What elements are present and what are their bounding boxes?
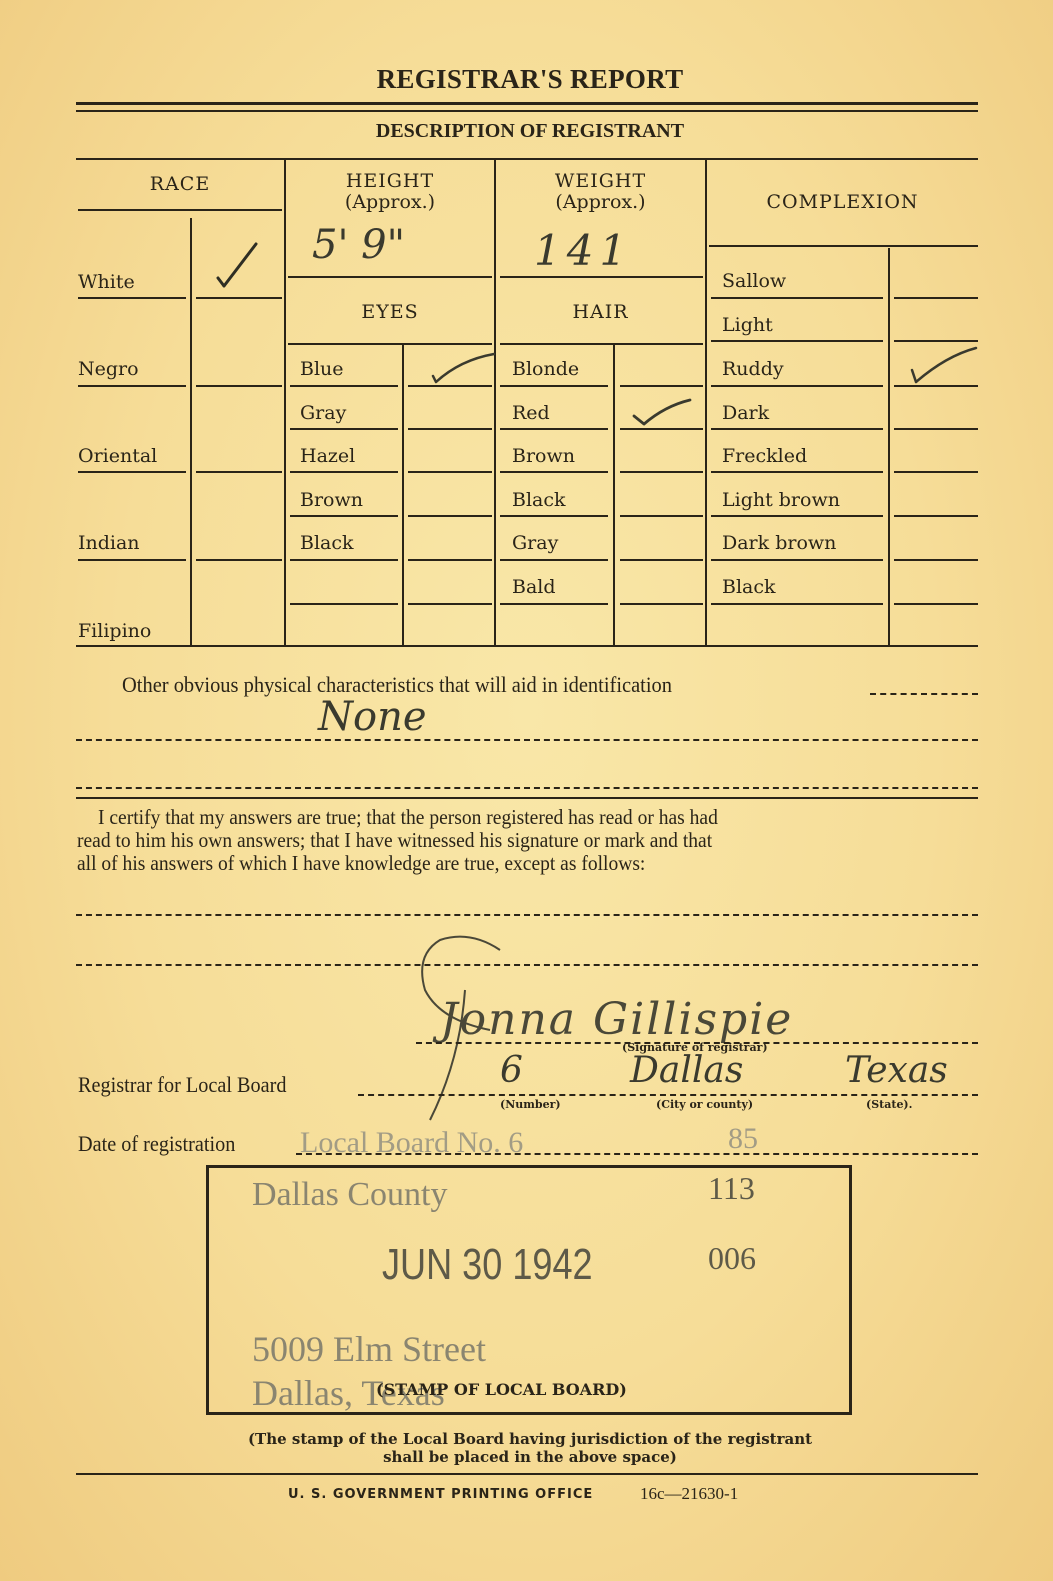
rule: [500, 343, 703, 345]
rule: [500, 559, 608, 561]
eyes-black-label: Black: [300, 532, 354, 554]
hair-heading: HAIR: [496, 302, 705, 323]
registrar-signature[interactable]: Jonna Gillispie: [440, 994, 793, 1045]
rule: [711, 603, 883, 605]
title-rule-top: [76, 102, 978, 105]
title-rule-bottom: [76, 110, 978, 112]
complexion-sallow-label: Sallow: [722, 270, 786, 292]
rule: [290, 385, 398, 387]
rule: [894, 559, 978, 561]
height-value: 5' 9": [312, 222, 405, 268]
rule: [408, 603, 492, 605]
stamp-address: 5009 Elm Street: [252, 1328, 486, 1370]
race-negro-label: Negro: [78, 358, 139, 380]
col-divider: [705, 160, 707, 646]
rule: [78, 385, 186, 387]
overprint-local-board: Local Board No. 6: [300, 1126, 523, 1160]
printer-credit: U. S. GOVERNMENT PRINTING OFFICE: [288, 1487, 593, 1502]
stamp-note-line-2: shall be placed in the above space): [0, 1448, 1053, 1466]
eyes-blue-label: Blue: [300, 358, 344, 380]
rule: [290, 428, 398, 430]
rule: [290, 515, 398, 517]
date-of-registration-label: Date of registration: [78, 1133, 235, 1155]
certification-line-3: all of his answers of which I have knowl…: [77, 852, 645, 874]
rule: [408, 471, 492, 473]
rule: [711, 515, 883, 517]
rule: [290, 559, 398, 561]
race-check-divider: [190, 218, 192, 646]
dotted-line: [870, 693, 978, 695]
rule: [620, 559, 703, 561]
height-heading: HEIGHT (Approx.): [286, 171, 494, 213]
certification-line-2: read to him his own answers; that I have…: [77, 829, 712, 851]
eyes-blue-checkmark-icon: [430, 350, 496, 386]
certification-line-1: I certify that my answers are true; that…: [98, 806, 718, 828]
stamp-date: JUN 30 1942: [382, 1240, 593, 1290]
height-heading-sub: (Approx.): [286, 192, 494, 213]
hair-red-checkmark-icon: [630, 396, 694, 430]
rule: [894, 340, 978, 342]
stamp-county: Dallas County: [252, 1176, 447, 1214]
rule: [196, 385, 282, 387]
hair-gray-label: Gray: [512, 532, 558, 554]
rule: [620, 603, 703, 605]
exceptions-line-2: [76, 964, 978, 966]
rule: [78, 559, 186, 561]
rule: [408, 428, 492, 430]
rule: [709, 245, 978, 247]
rule: [196, 297, 282, 299]
rule: [288, 343, 492, 345]
rule: [711, 340, 883, 342]
rule: [78, 209, 282, 211]
rule: [290, 471, 398, 473]
race-filipino-label: Filipino: [78, 620, 151, 642]
rule: [408, 515, 492, 517]
local-board-city[interactable]: Dallas: [630, 1050, 743, 1091]
rule: [500, 428, 608, 430]
race-oriental-label: Oriental: [78, 445, 157, 467]
rule: [711, 559, 883, 561]
other-characteristics-value[interactable]: None: [318, 694, 427, 740]
local-board-line: [358, 1094, 978, 1096]
rule: [408, 559, 492, 561]
page-title: REGISTRAR'S REPORT: [0, 64, 1053, 95]
eyes-brown-label: Brown: [300, 489, 363, 511]
section-rule: [76, 797, 978, 799]
complexion-freckled-label: Freckled: [722, 445, 807, 467]
eyes-gray-label: Gray: [300, 402, 346, 424]
weight-value: 141: [534, 226, 632, 275]
complexion-heading: COMPLEXION: [707, 192, 978, 213]
rule: [894, 471, 978, 473]
other-characteristics-line-2: [76, 787, 978, 789]
stamp-code-2: 006: [708, 1240, 756, 1277]
rule: [620, 385, 703, 387]
stamp-note-line-1: (The stamp of the Local Board having jur…: [0, 1430, 1053, 1448]
rule: [894, 428, 978, 430]
eyes-check-divider: [402, 345, 404, 646]
rule: [620, 515, 703, 517]
col-divider: [494, 160, 496, 646]
footer-rule: [76, 1473, 978, 1475]
local-board-label: Registrar for Local Board: [78, 1074, 287, 1096]
race-indian-label: Indian: [78, 532, 140, 554]
rule: [196, 471, 282, 473]
rule: [894, 515, 978, 517]
local-board-number[interactable]: 6: [500, 1050, 523, 1091]
hair-black-label: Black: [512, 489, 566, 511]
complexion-dark-label: Dark: [722, 402, 769, 424]
stamp-code-1: 113: [708, 1170, 755, 1207]
rule: [500, 515, 608, 517]
col-divider: [284, 160, 286, 646]
rule: [711, 297, 883, 299]
complexion-ruddy-label: Ruddy: [722, 358, 784, 380]
rule: [290, 603, 398, 605]
rule: [620, 471, 703, 473]
rule: [894, 603, 978, 605]
rule: [500, 603, 608, 605]
race-heading: RACE: [76, 174, 284, 195]
hair-red-label: Red: [512, 402, 550, 424]
race-white-checkmark-icon: [212, 240, 262, 296]
race-white-label: White: [78, 271, 135, 293]
rule: [711, 471, 883, 473]
rule: [894, 297, 978, 299]
rule: [500, 276, 703, 278]
rule: [78, 297, 186, 299]
hair-blonde-label: Blonde: [512, 358, 579, 380]
state-caption: (State).: [866, 1098, 912, 1111]
rule: [500, 471, 608, 473]
complexion-dark-brown-label: Dark brown: [722, 532, 836, 554]
overprint-number: 85: [728, 1122, 758, 1156]
rule: [500, 385, 608, 387]
city-caption: (City or county): [656, 1098, 753, 1111]
local-board-state[interactable]: Texas: [845, 1050, 948, 1091]
complexion-ruddy-checkmark-icon: [906, 344, 980, 386]
table-top-rule: [76, 158, 978, 160]
hair-brown-label: Brown: [512, 445, 575, 467]
section-title: DESCRIPTION OF REGISTRANT: [0, 120, 1053, 143]
hair-check-divider: [613, 345, 615, 646]
hair-bald-label: Bald: [512, 576, 556, 598]
rule: [288, 276, 492, 278]
rule: [196, 559, 282, 561]
weight-heading-text: WEIGHT: [496, 171, 705, 192]
rule: [711, 428, 883, 430]
form-number: 16c—21630-1: [640, 1484, 738, 1504]
eyes-hazel-label: Hazel: [300, 445, 355, 467]
number-caption: (Number): [500, 1098, 561, 1111]
height-heading-text: HEIGHT: [286, 171, 494, 192]
complexion-light-label: Light: [722, 314, 773, 336]
table-bottom-rule: [76, 645, 978, 647]
other-characteristics-line-1: [76, 739, 978, 741]
eyes-heading: EYES: [286, 302, 494, 323]
stamp-caption: (STAMP OF LOCAL BOARD): [376, 1380, 627, 1399]
exceptions-line-1: [76, 914, 978, 916]
complexion-light-brown-label: Light brown: [722, 489, 840, 511]
other-characteristics-label: Other obvious physical characteristics t…: [122, 674, 672, 696]
weight-heading-sub: (Approx.): [496, 192, 705, 213]
complexion-black-label: Black: [722, 576, 776, 598]
rule: [711, 385, 883, 387]
weight-heading: WEIGHT (Approx.): [496, 171, 705, 213]
rule: [78, 471, 186, 473]
complexion-check-divider: [888, 248, 890, 646]
